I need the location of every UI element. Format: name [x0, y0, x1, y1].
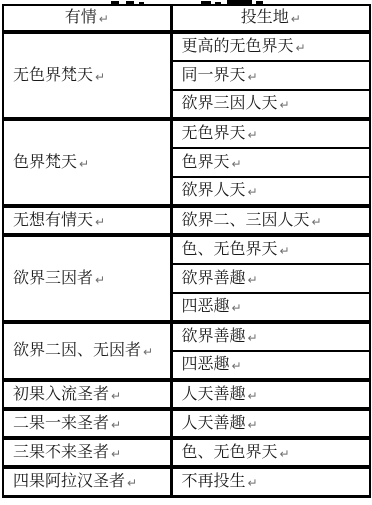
- table-row: 色界梵天↵ 无色界天↵: [3, 119, 370, 148]
- paragraph-mark-icon: ↵: [143, 345, 153, 359]
- paragraph-mark-icon: ↵: [111, 418, 121, 432]
- being-cell: 三果不来圣者↵: [3, 438, 171, 467]
- paragraph-mark-icon: ↵: [248, 185, 258, 199]
- paragraph-mark-icon: ↵: [111, 389, 121, 403]
- paragraph-mark-icon: ↵: [79, 157, 89, 171]
- header-row: 有情↵ 投生地↵: [3, 5, 370, 32]
- cell-text: 色、无色界天: [182, 444, 278, 461]
- table-row: 欲界三因者↵ 色、无色界天↵: [3, 235, 370, 264]
- cell-text: 欲界二因、无因者: [13, 342, 141, 359]
- destination-cell: 欲界善趣↵: [171, 322, 370, 351]
- cell-text: 二果一来圣者: [13, 415, 109, 432]
- cell-text: 欲界三因人天: [182, 95, 278, 112]
- being-cell: 初果入流圣者↵: [3, 380, 171, 409]
- header-destination-label: 投生地: [241, 9, 289, 26]
- table-row: 初果入流圣者↵ 人天善趣↵: [3, 380, 370, 409]
- cell-text: 色界梵天: [13, 154, 77, 171]
- cell-text: 无想有情天: [13, 212, 93, 229]
- paragraph-mark-icon: ↵: [280, 447, 290, 461]
- cell-text: 同一界天: [182, 67, 246, 84]
- paragraph-mark-icon: ↵: [232, 301, 242, 315]
- being-cell: 二果一来圣者↵: [3, 409, 171, 438]
- destination-cell: 人天善趣↵: [171, 380, 370, 409]
- destination-cell: 不再投生↵: [171, 467, 370, 496]
- being-cell: 无色界梵天↵: [3, 32, 171, 119]
- paragraph-mark-icon: ↵: [232, 359, 242, 373]
- cell-text: 初果入流圣者: [13, 386, 109, 403]
- rebirth-table: 有情↵ 投生地↵ 无色界梵天↵ 更高的无色界天↵ 同一界天↵ 欲界三因人天↵ 色…: [2, 4, 371, 498]
- cell-text: 更高的无色界天: [182, 38, 294, 55]
- table-row: 无色界梵天↵ 更高的无色界天↵: [3, 32, 370, 61]
- cell-text: 三果不来圣者: [13, 444, 109, 461]
- table-row: 三果不来圣者↵ 色、无色界天↵: [3, 438, 370, 467]
- table-row: 四果阿拉汉圣者↵ 不再投生↵: [3, 467, 370, 496]
- paragraph-mark-icon: ↵: [232, 157, 242, 171]
- paragraph-mark-icon: ↵: [99, 12, 109, 26]
- cell-text: 无色界天: [182, 125, 246, 142]
- header-cell-being: 有情↵: [3, 5, 171, 32]
- destination-cell: 人天善趣↵: [171, 409, 370, 438]
- table-row: 无想有情天↵ 欲界二、三因人天↵: [3, 206, 370, 235]
- destination-cell: 色、无色界天↵: [171, 438, 370, 467]
- cell-text: 四恶趣: [182, 356, 230, 373]
- cell-text: 四果阿拉汉圣者: [13, 473, 125, 490]
- paragraph-mark-icon: ↵: [248, 128, 258, 142]
- paragraph-mark-icon: ↵: [248, 273, 258, 287]
- being-cell: 色界梵天↵: [3, 119, 171, 206]
- destination-cell: 欲界善趣↵: [171, 264, 370, 293]
- paragraph-mark-icon: ↵: [248, 476, 258, 490]
- table-row: 欲界二因、无因者↵ 欲界善趣↵: [3, 322, 370, 351]
- cell-text: 无色界梵天: [13, 67, 93, 84]
- paragraph-mark-icon: ↵: [280, 98, 290, 112]
- paragraph-mark-icon: ↵: [248, 70, 258, 84]
- cell-text: 欲界善趣: [182, 270, 246, 287]
- destination-cell: 色、无色界天↵: [171, 235, 370, 264]
- cell-text: 欲界三因者: [13, 270, 93, 287]
- destination-cell: 色界天↵: [171, 148, 370, 177]
- paragraph-mark-icon: ↵: [312, 215, 322, 229]
- paragraph-mark-icon: ↵: [95, 70, 105, 84]
- destination-cell: 四恶趣↵: [171, 293, 370, 322]
- destination-cell: 同一界天↵: [171, 61, 370, 90]
- header-cell-destination: 投生地↵: [171, 5, 370, 32]
- header-being-label: 有情: [65, 9, 97, 26]
- cell-text: 色界天: [182, 154, 230, 171]
- paragraph-mark-icon: ↵: [248, 418, 258, 432]
- cell-text: 欲界善趣: [182, 328, 246, 345]
- paragraph-mark-icon: ↵: [296, 41, 306, 55]
- destination-cell: 欲界人天↵: [171, 177, 370, 206]
- cell-text: 人天善趣: [182, 415, 246, 432]
- destination-cell: 更高的无色界天↵: [171, 32, 370, 61]
- paragraph-mark-icon: ↵: [291, 12, 301, 26]
- paragraph-mark-icon: ↵: [280, 244, 290, 258]
- being-cell: 欲界二因、无因者↵: [3, 322, 171, 380]
- cell-text: 不再投生: [182, 473, 246, 490]
- cell-text: 人天善趣: [182, 386, 246, 403]
- paragraph-mark-icon: ↵: [248, 331, 258, 345]
- destination-cell: 无色界天↵: [171, 119, 370, 148]
- paragraph-mark-icon: ↵: [127, 476, 137, 490]
- paragraph-mark-icon: ↵: [95, 215, 105, 229]
- being-cell: 欲界三因者↵: [3, 235, 171, 322]
- cell-text: 欲界二、三因人天: [182, 212, 310, 229]
- paragraph-mark-icon: ↵: [95, 273, 105, 287]
- being-cell: 无想有情天↵: [3, 206, 171, 235]
- cell-text: 欲界人天: [182, 182, 246, 199]
- paragraph-mark-icon: ↵: [111, 447, 121, 461]
- being-cell: 四果阿拉汉圣者↵: [3, 467, 171, 496]
- cell-text: 四恶趣: [182, 298, 230, 315]
- paragraph-mark-icon: ↵: [248, 389, 258, 403]
- destination-cell: 欲界三因人天↵: [171, 90, 370, 119]
- destination-cell: 四恶趣↵: [171, 351, 370, 380]
- table-row: 二果一来圣者↵ 人天善趣↵: [3, 409, 370, 438]
- destination-cell: 欲界二、三因人天↵: [171, 206, 370, 235]
- cell-text: 色、无色界天: [182, 241, 278, 258]
